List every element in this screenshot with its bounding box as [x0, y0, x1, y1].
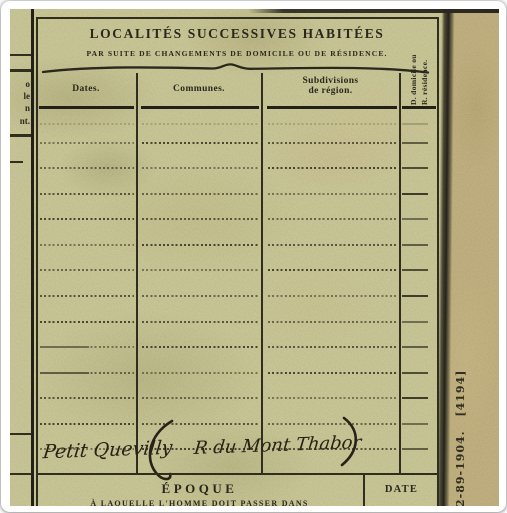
table-row-line	[268, 295, 396, 297]
column-divider	[399, 73, 401, 473]
sliver-line	[10, 54, 31, 56]
header-underline	[141, 106, 259, 109]
footer-epoque-title: ÉPOQUE	[36, 481, 363, 497]
header-underline	[402, 106, 436, 109]
table-row-line	[40, 142, 134, 144]
table-row-line	[268, 397, 396, 399]
section-title: LOCALITÉS SUCCESSIVES HABITÉES	[36, 26, 438, 42]
table-row-line	[402, 218, 428, 220]
table-row-line	[142, 321, 258, 323]
table-row-line	[402, 321, 428, 323]
table-row-line	[402, 123, 428, 125]
column-divider	[136, 73, 138, 473]
table-row-line	[142, 372, 258, 374]
table-row-line	[402, 372, 428, 374]
scanned-document-card: o le n nt. LOCALITÉS SUCCESSIVES HABITÉE…	[1, 1, 506, 512]
column-header-communes: Communes.	[137, 84, 261, 94]
table-row-line	[40, 193, 134, 195]
table-row-line	[268, 321, 396, 323]
table-row-line	[268, 372, 396, 374]
sliver-line	[10, 134, 31, 137]
table-row-line	[402, 244, 428, 246]
left-edge-text-fragment: le	[10, 91, 30, 101]
table-row-line	[268, 346, 396, 348]
table-row-line	[402, 423, 428, 425]
table-row-line	[402, 142, 428, 144]
column-header-subdivisions: Subdivisions de région.	[262, 76, 399, 96]
table-row-line	[40, 346, 134, 348]
scan-top-edge	[248, 9, 499, 13]
left-edge-text-fragment: nt.	[10, 116, 30, 126]
table-row-line	[402, 397, 428, 399]
sliver-line	[10, 433, 31, 435]
table-row-line	[268, 123, 396, 125]
table-row-line	[402, 448, 428, 450]
page-gutter-line	[31, 9, 34, 506]
side-column-line1: D. domicile ou	[408, 19, 419, 105]
column-header-dates: Dates.	[36, 84, 136, 94]
table-row-line	[268, 218, 396, 220]
table-row-line	[142, 244, 258, 246]
side-column-line2: R. résidence.	[419, 19, 430, 105]
left-edge-text-fragment: n	[10, 103, 30, 113]
table-row-line	[40, 321, 134, 323]
table-row-line	[40, 269, 134, 271]
document-scan: o le n nt. LOCALITÉS SUCCESSIVES HABITÉE…	[10, 9, 499, 506]
footer-top-border	[36, 473, 438, 475]
table-row-line	[142, 123, 258, 125]
table-row-line	[40, 397, 134, 399]
table-row-line	[402, 269, 428, 271]
header-underline	[267, 106, 397, 109]
table-row-line	[142, 193, 258, 195]
handwriting-paren-open	[150, 421, 172, 479]
table-row-line	[142, 269, 258, 271]
column-header-subdivisions-line1: Subdivisions	[262, 76, 399, 86]
sliver-line	[10, 473, 31, 475]
decorative-brace	[40, 61, 432, 77]
left-edge-text-fragment: o	[10, 79, 30, 89]
table-row-line	[40, 218, 134, 220]
table-row-line	[402, 193, 428, 195]
sliver-line	[10, 161, 23, 163]
table-row-line	[40, 372, 134, 374]
table-row-line	[40, 123, 134, 125]
table-row-line	[40, 295, 134, 297]
table-row-line	[142, 397, 258, 399]
sliver-line	[10, 69, 31, 72]
table-top-border	[36, 17, 438, 19]
table-row-line	[268, 269, 396, 271]
table-row-line	[40, 167, 134, 169]
table-row-line	[142, 295, 258, 297]
footer-epoque-subtitle: À LAQUELLE L'HOMME DOIT PASSER DANS	[36, 499, 363, 506]
table-row-line	[142, 167, 258, 169]
table-row-line	[142, 142, 258, 144]
handwriting-parentheses	[140, 409, 370, 489]
table-row-line	[142, 346, 258, 348]
table-row-line	[268, 142, 396, 144]
table-row-line	[402, 346, 428, 348]
table-row-line	[40, 244, 134, 246]
table-row-line	[268, 167, 396, 169]
section-subtitle: PAR SUITE DE CHANGEMENTS DE DOMICILE OU …	[36, 49, 438, 58]
column-header-subdivisions-line2: de région.	[262, 86, 399, 96]
handwriting-paren-close	[342, 418, 356, 465]
table-row-line	[402, 295, 428, 297]
table-row-line	[142, 218, 258, 220]
header-underline	[39, 106, 134, 109]
margin-print-code: 2-89-1904. [4194]	[453, 345, 469, 506]
side-column-header: D. domicile ou R. résidence.	[408, 19, 438, 105]
table-row-line	[402, 167, 428, 169]
table-row-line	[268, 244, 396, 246]
footer-date-label: DATE	[365, 484, 438, 495]
table-row-line	[40, 423, 134, 425]
table-row-line	[268, 193, 396, 195]
